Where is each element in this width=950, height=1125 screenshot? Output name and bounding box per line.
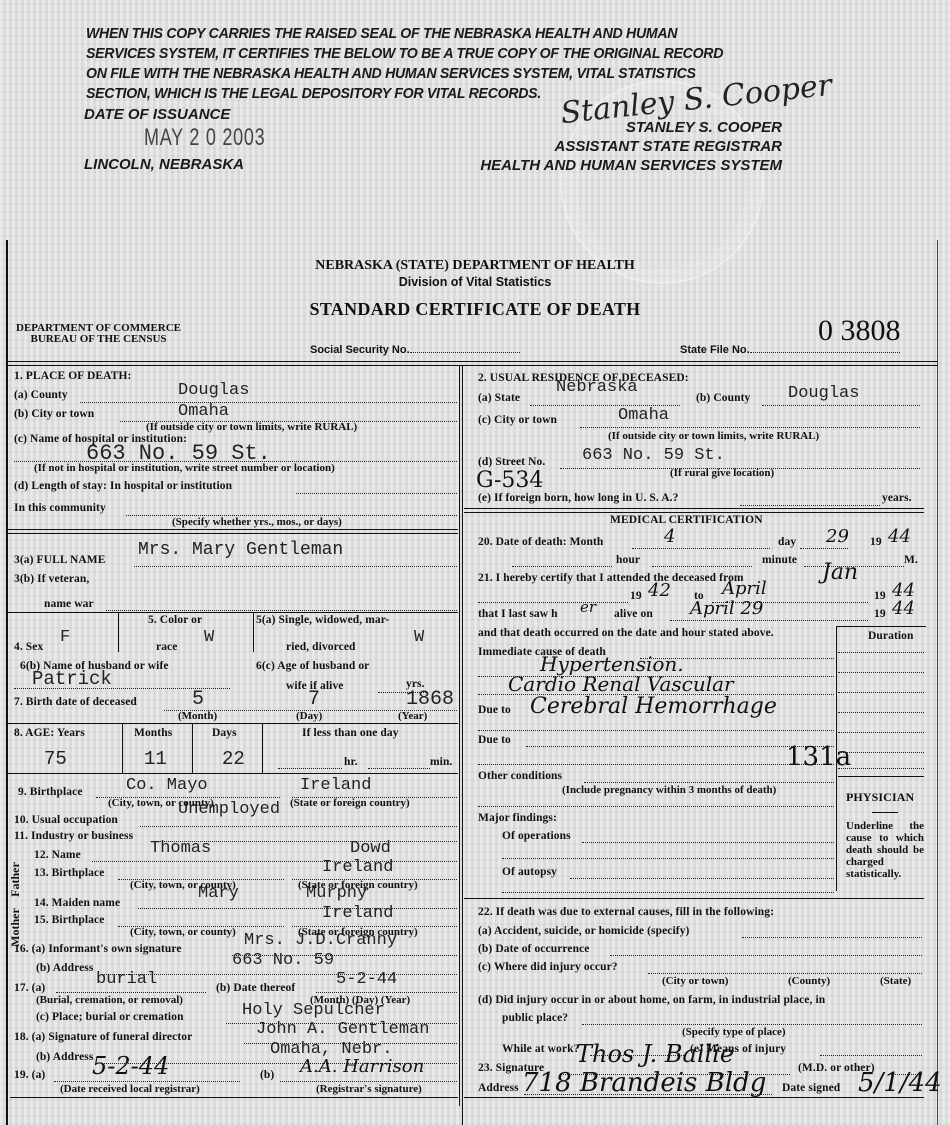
birth-year-value: 1868: [406, 688, 454, 711]
dotted-line: [838, 672, 924, 673]
burial-place-label: (c) Place; burial or cremation: [36, 1011, 184, 1023]
operations-label: Of operations: [502, 830, 571, 842]
last-saw-pronoun: er: [580, 598, 596, 616]
other-conditions-label: Other conditions: [478, 770, 562, 782]
veteran-label: 3(b) If veteran,: [14, 573, 89, 585]
death-day-value: 29: [826, 526, 849, 547]
minute-label: minute: [762, 554, 797, 566]
dotted-line: [296, 493, 457, 494]
cause-3-value: Cerebral Hemorrhage: [530, 694, 777, 719]
sex-value: F: [60, 628, 70, 647]
funeral-director-label: 18. (a) Signature of funeral director: [14, 1031, 192, 1043]
state-file-number: 0 3808: [818, 314, 901, 348]
res-handwritten-code: G-534: [476, 468, 543, 493]
marital-value: W: [414, 628, 424, 647]
pod-city-note: (If outside city or town limits, write R…: [146, 421, 357, 433]
year-caption: (Year): [398, 710, 427, 722]
issuance-date-stamp: MAY 2 0 2003: [144, 124, 265, 152]
spouse-age-label: 6(c) Age of husband or: [256, 660, 369, 672]
dotted-line: [800, 548, 848, 549]
dotted-line: [648, 973, 922, 974]
due-to-label-2: Due to: [478, 734, 511, 746]
mother-first-value: Mary: [198, 884, 239, 903]
age-months-label: Months: [134, 727, 172, 739]
pod-county-value: Douglas: [178, 381, 249, 400]
age-years-value: 75: [44, 748, 67, 770]
occurred-label: and that death occurred on the date and …: [478, 627, 774, 639]
saw-year-prefix: 19: [874, 608, 886, 620]
birth-month-value: 5: [192, 688, 204, 711]
dotted-line: [632, 548, 770, 549]
father-birthplace-label: 13. Birthplace: [34, 867, 104, 879]
attend-label: 21. I hereby certify that I attended the…: [478, 572, 744, 584]
attend-to-month: April: [722, 578, 767, 599]
header-divider: [8, 361, 938, 366]
row-divider: [464, 898, 924, 899]
dotted-line: [134, 566, 457, 567]
pod-hospital-note: (If not in hospital or institution, writ…: [34, 462, 335, 474]
registrar-sig-value: A.A. Harrison: [300, 1056, 424, 1077]
burial-place-value: Holy Sepulcher: [242, 1001, 385, 1020]
dotted-line: [762, 405, 920, 406]
disposition-date-value: 5-2-44: [336, 970, 397, 989]
birthplace-city-value: Co. Mayo: [126, 776, 208, 795]
month-caption: (Month): [178, 710, 217, 722]
pod-county-label: (a) County: [14, 389, 68, 401]
dotted-line: [524, 1094, 772, 1095]
attend-from-month: Jan: [822, 560, 858, 585]
external-d-label-1: (d) Did injury occur in or about home, o…: [478, 994, 825, 1006]
dotted-line: [368, 768, 430, 769]
mother-name-label: 14. Maiden name: [34, 897, 120, 909]
medical-heading: MEDICAL CERTIFICATION: [610, 514, 763, 526]
res-city-label: (c) City or town: [478, 414, 557, 426]
birth-day-value: 7: [308, 688, 320, 711]
dotted-line: [670, 620, 868, 621]
place-of-death-heading: 1. PLACE OF DEATH:: [14, 370, 131, 382]
pod-stay-label: (d) Length of stay: In hospital or insti…: [14, 480, 232, 492]
dotted-line: [820, 1055, 922, 1056]
ext-d-caption: (Specify type of place): [682, 1026, 786, 1038]
birthplace-country-caption: (State or foreign country): [290, 797, 410, 809]
external-d-label-2: public place?: [502, 1012, 568, 1024]
dotted-line: [56, 992, 206, 993]
birthplace-country-value: Ireland: [300, 776, 371, 795]
physician-note: Underline the cause to which death shoul…: [846, 820, 924, 880]
due-to-label-1: Due to: [478, 704, 511, 716]
year-prefix: 19: [870, 536, 882, 548]
res-state-label: (a) State: [478, 392, 520, 404]
day-caption: (Day): [296, 710, 322, 722]
registrar-caption: (Registrar's signature): [316, 1083, 422, 1095]
father-side-label: Father: [8, 862, 23, 897]
received-date-value: 5-2-44: [92, 1052, 169, 1080]
dotted-line: [278, 768, 342, 769]
res-rural-note: (If rural give location): [670, 467, 774, 479]
pod-city-label: (b) City or town: [14, 408, 94, 420]
attend-year-prefix: 19: [630, 590, 642, 602]
age-years-label: 8. AGE: Years: [14, 727, 85, 739]
major-findings-label: Major findings:: [478, 812, 557, 824]
mother-last-value: Murphy: [306, 884, 367, 903]
war-label: name war: [44, 598, 94, 610]
dotted-line: [80, 402, 457, 403]
date-signed-value: 5/1/44: [858, 1068, 942, 1098]
dotted-line: [478, 602, 628, 603]
dotted-line: [106, 610, 457, 611]
ext-city-caption: (City or town): [662, 975, 728, 987]
res-city-value: Omaha: [618, 406, 669, 425]
dotted-line: [838, 732, 924, 733]
dotted-line: [478, 806, 834, 807]
to-year-prefix: 19: [874, 590, 886, 602]
cell-divider: [122, 723, 123, 773]
funeral-director-value: John A. Gentleman: [256, 1020, 429, 1039]
column-divider-2: [462, 366, 463, 1125]
dotted-line: [502, 858, 834, 859]
dotted-line: [582, 1024, 922, 1025]
cell-divider: [118, 612, 119, 652]
pod-community-note: (Specify whether yrs., mos., or days): [172, 516, 342, 528]
birth-date-label: 7. Birth date of deceased: [14, 696, 137, 708]
mother-side-label: Mother: [8, 908, 23, 947]
industry-label: 11. Industry or business: [14, 830, 133, 842]
dotted-line: [838, 652, 924, 653]
attend-from-year: 42: [648, 580, 671, 601]
director-address-label: (b) Address: [36, 1051, 93, 1063]
age-days-label: Days: [212, 727, 237, 739]
issuance-place: LINCOLN, NEBRASKA: [84, 156, 244, 173]
section-divider: [8, 529, 458, 534]
res-foreign-label: (e) If foreign born, how long in U. S. A…: [478, 492, 678, 504]
cell-divider: [262, 723, 263, 773]
res-street-label: (d) Street No.: [478, 456, 545, 468]
full-name-label: 3(a) FULL NAME: [14, 554, 105, 566]
birthplace-label: 9. Birthplace: [18, 786, 83, 798]
last-saw-label-2: alive on: [614, 608, 653, 620]
registrar-name: STANLEY S. COOPER: [480, 118, 782, 137]
day-label: day: [778, 536, 796, 548]
external-b-label: (b) Date of occurrence: [478, 943, 590, 955]
death-date-label: 20. Date of death: Month: [478, 536, 603, 548]
registrar-org: HEALTH AND HUMAN SERVICES SYSTEM: [480, 156, 782, 175]
dotted-line: [582, 842, 834, 843]
registrar-block: STANLEY S. COOPER ASSISTANT STATE REGIST…: [480, 118, 782, 175]
autopsy-label: Of autopsy: [502, 866, 557, 878]
row-divider: [8, 723, 458, 724]
mother-birthplace-label: 15. Birthplace: [34, 914, 104, 926]
disposition-date-label: (b) Date thereof: [216, 982, 295, 994]
occupation-label: 10. Usual occupation: [14, 814, 118, 826]
disposition-caption: (Burial, cremation, or removal): [36, 994, 183, 1006]
form-title: STANDARD CERTIFICATE OF DEATH: [0, 299, 950, 320]
physician-rule: [872, 812, 898, 813]
disposition-value: burial: [96, 970, 157, 989]
res-foreign-suffix: years.: [882, 492, 912, 504]
external-heading: 22. If death was due to external causes,…: [478, 906, 774, 918]
hour-label: hour: [616, 554, 640, 566]
cause-2-value: Cardio Renal Vascular: [508, 672, 734, 696]
division-heading: Division of Vital Statistics: [0, 275, 950, 289]
ext-state-caption: (State): [880, 975, 911, 987]
informant-address-value: 663 No. 59: [232, 951, 334, 970]
dotted-line: [742, 937, 922, 938]
marital-label-1: 5(a) Single, widowed, mar-: [256, 614, 389, 626]
physician-signature: Thos J. Bailie: [576, 1040, 734, 1068]
marital-label-2: ried, divorced: [286, 641, 356, 653]
race-value: W: [204, 628, 214, 647]
department-heading: NEBRASKA (STATE) DEPARTMENT OF HEALTH: [0, 258, 950, 274]
form-right-border: [937, 240, 938, 1125]
row-divider: [8, 612, 458, 613]
age-months-value: 11: [144, 748, 167, 770]
bureau-census: BUREAU OF THE CENSUS: [16, 334, 181, 345]
last-saw-year: 44: [892, 598, 915, 619]
full-name-value: Mrs. Mary Gentleman: [138, 540, 343, 560]
dotted-line: [512, 566, 612, 567]
physician-address-label: Address: [478, 1082, 519, 1094]
mother-city-caption: (City, town, or county): [130, 926, 236, 938]
duration-bottom: [838, 776, 924, 777]
column-divider: [459, 366, 460, 1106]
cause-code: 131a: [786, 742, 851, 772]
date-signed-label: Date signed: [782, 1082, 840, 1094]
cell-divider: [192, 723, 193, 773]
pod-city-value: Omaha: [178, 402, 229, 421]
dotted-line: [138, 908, 457, 909]
father-last-value: Dowd: [350, 839, 391, 858]
physician-heading: PHYSICIAN: [846, 790, 914, 805]
dotted-line: [54, 1081, 240, 1082]
dotted-line: [478, 764, 834, 765]
spouse-value: Patrick: [32, 668, 112, 690]
received-caption: (Date received local registrar): [60, 1083, 200, 1095]
section-divider: [464, 508, 924, 513]
father-birthplace-value: Ireland: [322, 858, 393, 877]
disposition-label: 17. (a): [14, 982, 45, 994]
death-year-value: 44: [888, 526, 911, 547]
external-a-label: (a) Accident, suicide, or homicide (spec…: [478, 925, 689, 937]
res-county-value: Douglas: [788, 384, 859, 403]
min-label: min.: [430, 756, 452, 768]
bottom-rule: [464, 1097, 924, 1098]
informant-value: Mrs. J.D.Cranny: [244, 931, 397, 950]
dotted-line: [838, 712, 924, 713]
last-saw-label-1: that I last saw h: [478, 608, 558, 620]
race-label: race: [156, 641, 177, 653]
m-label: M.: [904, 554, 918, 566]
death-month-value: 4: [664, 526, 675, 547]
father-first-value: Thomas: [150, 839, 211, 858]
dotted-line: [502, 892, 834, 893]
work-label: While at work?: [502, 1043, 579, 1055]
pod-community-label: In this community: [14, 502, 106, 514]
external-c-label: (c) Where did injury occur?: [478, 961, 618, 973]
dotted-line: [610, 955, 922, 956]
dotted-line: [316, 992, 457, 993]
registrar-title: ASSISTANT STATE REGISTRAR: [480, 137, 782, 156]
census-block: DEPARTMENT OF COMMERCE BUREAU OF THE CEN…: [16, 323, 181, 345]
father-name-label: 12. Name: [34, 849, 81, 861]
age-lt-day-label: If less than one day: [302, 727, 399, 739]
other-conditions-note: (Include pregnancy within 3 months of de…: [562, 784, 776, 796]
dotted-line: [570, 878, 834, 879]
dotted-line: [652, 566, 752, 567]
received-label: 19. (a): [14, 1069, 45, 1081]
dotted-line: [92, 861, 457, 862]
issuance-label: DATE OF ISSUANCE: [84, 106, 230, 123]
dotted-line: [838, 692, 924, 693]
dotted-line: [584, 782, 834, 783]
hr-label: hr.: [344, 756, 358, 768]
occupation-value: Unemployed: [178, 800, 280, 819]
age-days-value: 22: [222, 748, 245, 770]
bottom-rule: [10, 1097, 458, 1098]
cell-divider: [253, 612, 254, 652]
res-street-value: 663 No. 59 St.: [582, 446, 725, 465]
row-divider: [8, 773, 458, 774]
dotted-line: [140, 826, 457, 827]
mother-birthplace-value: Ireland: [322, 904, 393, 923]
registrar-sig-label: (b): [260, 1069, 274, 1081]
duration-label: Duration: [868, 630, 914, 642]
informant-address-label: (b) Address: [36, 962, 93, 974]
res-city-note: (If outside city or town limits, write R…: [608, 430, 819, 442]
sex-label: 4. Sex: [14, 641, 43, 653]
res-state-value: Nebraska: [556, 378, 638, 397]
dotted-line: [740, 505, 880, 506]
dotted-line: [280, 1081, 457, 1082]
informant-label: 16. (a) Informant's own signature: [14, 943, 182, 955]
dotted-line: [478, 730, 834, 731]
res-county-label: (b) County: [696, 392, 750, 404]
dotted-line: [580, 427, 920, 428]
color-label: 5. Color or: [148, 614, 202, 626]
last-saw-date: April 29: [690, 598, 763, 619]
state-file-label: State File No.: [680, 344, 750, 356]
ssn-field: Social Security No.: [310, 344, 520, 356]
ext-county-caption: (County): [788, 975, 830, 987]
ssn-label: Social Security No.: [310, 344, 410, 356]
duration-top: [836, 626, 926, 627]
